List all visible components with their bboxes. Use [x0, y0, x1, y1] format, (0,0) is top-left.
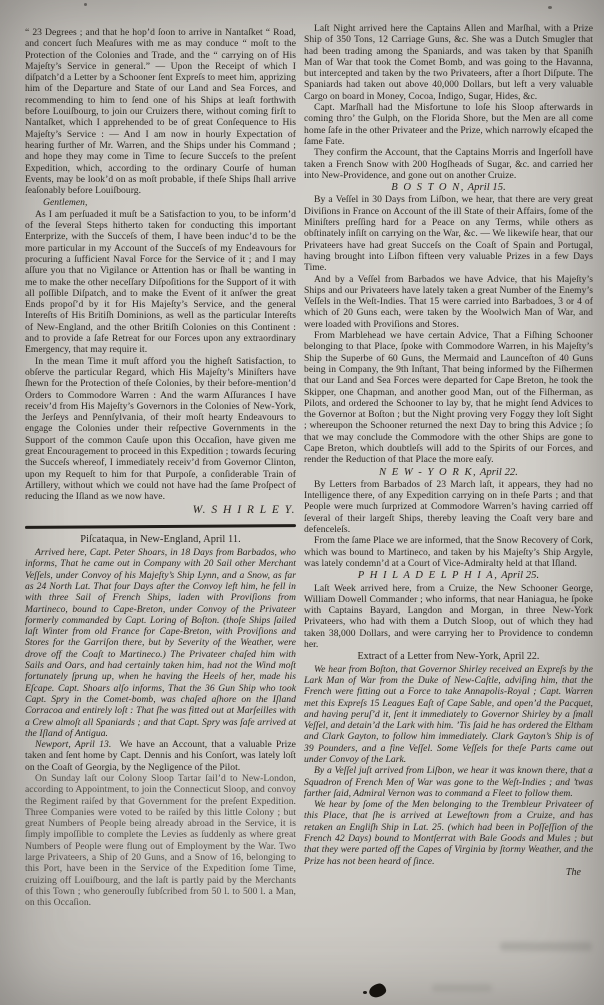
news-paragraph: By Letters from Barbados of 23 March laſ… [304, 479, 593, 535]
section-heading-boston: B O S T O N, April 15. [304, 182, 593, 193]
heading-date: April 25. [501, 570, 539, 581]
paper-speck [548, 6, 552, 9]
paper-speck [84, 3, 87, 6]
catchword-row: The [304, 867, 593, 889]
extract-paragraph: We hear by ſome of the Men belonging to … [304, 799, 593, 867]
news-paragraph: Laſt Night arrived here the Captains All… [304, 23, 593, 102]
news-paragraph-newport: Newport, April 13. We have an Account, t… [25, 739, 296, 773]
news-paragraph: They confirm the Account, that the Capta… [304, 147, 593, 181]
news-paragraph: By a Veſſel in 30 Days from Liſbon, we h… [304, 194, 593, 273]
heading-city: B O S T O N, [391, 182, 465, 193]
news-paragraph: Laſt Week arrived here, from a Cruize, t… [304, 583, 593, 651]
heading-date: April 22. [480, 467, 518, 478]
section-heading-philadelphia: P H I L A D E L P H I A, April 25. [304, 570, 593, 581]
left-column: “ 23 Degrees ; and that he hop’d ſoon to… [25, 27, 296, 909]
news-paragraph-arrived: Arrived here, Capt. Peter Shoars, in 18 … [25, 547, 296, 739]
newspaper-page: “ 23 Degrees ; and that he hop’d ſoon to… [0, 0, 604, 1005]
letter-signature: W. S H I R L E Y. [25, 505, 296, 516]
letter-paragraph: “ 23 Degrees ; and that he hop’d ſoon to… [25, 27, 296, 196]
news-paragraph: Capt. Marſhall had the Misfortune to loſ… [304, 102, 593, 147]
letter-paragraph: As I am perſuaded it muſt be a Satisfact… [25, 209, 296, 356]
section-divider-rule [25, 524, 296, 529]
ink-blot [368, 982, 388, 999]
ink-speck [363, 991, 367, 994]
bleedthrough-smudge [500, 942, 592, 951]
extract-letter-heading: Extract of a Letter from New-York, April… [304, 651, 593, 662]
news-paragraph: And by a Veſſel from Barbados we have Ad… [304, 274, 593, 330]
news-paragraph-sunday: On Sunday laſt our Colony Sloop Tartar ſ… [25, 773, 296, 909]
newport-inline-dateline: Newport, April 13. [35, 739, 111, 750]
bleedthrough-smudge [432, 984, 492, 992]
dateline-piscataqua: Piſcataqua, in New-England, April 11. [25, 534, 296, 545]
heading-date: April 15. [468, 182, 506, 193]
extract-paragraph: By a Veſſel juſt arrived from Liſbon, we… [304, 765, 593, 799]
catchword: The [566, 867, 581, 878]
extract-paragraph: We hear from Boſton, that Governor Shirl… [304, 664, 593, 766]
news-paragraph: From the ſame Place we are informed, tha… [304, 535, 593, 569]
news-paragraph: From Marblehead we have certain Advice, … [304, 330, 593, 466]
section-heading-newyork: N E W - Y O R K, April 22. [304, 467, 593, 478]
letter-paragraph: In the mean Time it muſt afford you the … [25, 356, 296, 503]
heading-city: N E W - Y O R K, [379, 467, 477, 478]
right-column: Laſt Night arrived here the Captains All… [304, 23, 593, 889]
letter-salutation: Gentlemen, [25, 197, 296, 208]
heading-city: P H I L A D E L P H I A, [358, 570, 499, 581]
